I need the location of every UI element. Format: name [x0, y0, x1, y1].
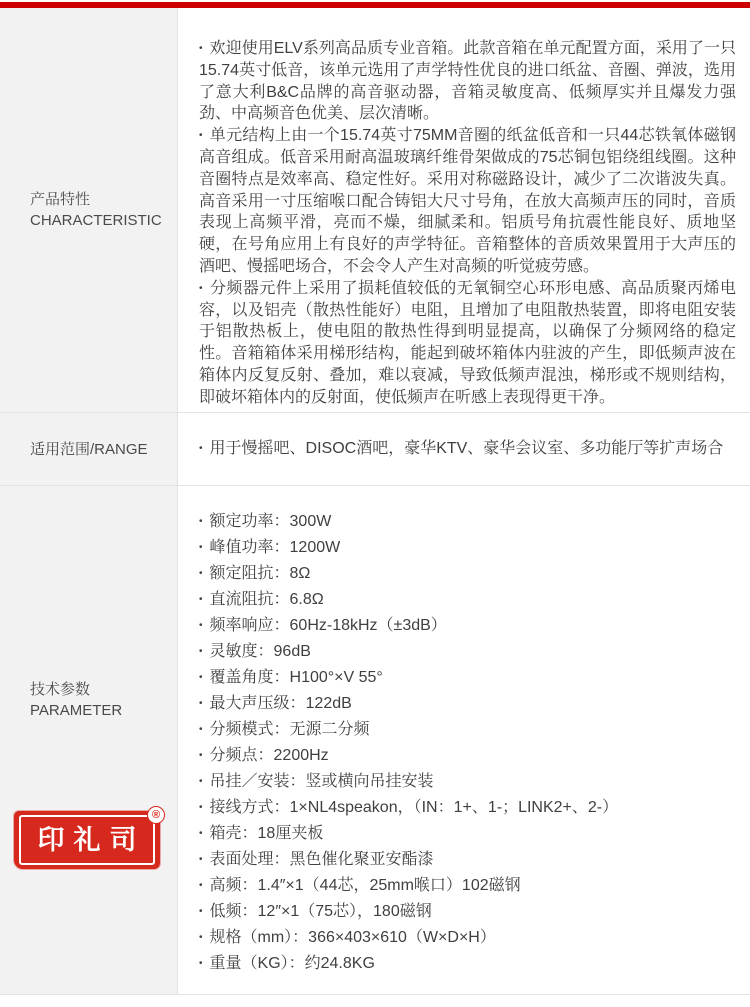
line-text: 表面处理：黑色催化聚亚安酯漆: [210, 851, 434, 868]
bullet-icon: •: [199, 925, 203, 951]
characteristic-label-cell: 产品特性 CHARACTERISTIC: [0, 8, 178, 412]
bullet-icon: •: [199, 278, 203, 300]
bullet-line: •低频：12″×1（75芯），180磁钢: [199, 899, 736, 925]
line-text: 规格（mm）：366×403×610（W×D×H）: [210, 929, 496, 946]
line-text: 分频点：2200Hz: [210, 747, 329, 764]
line-text: 直流阻抗：6.8Ω: [210, 591, 324, 608]
line-text: 分频器元件上采用了损耗值较低的无氧铜空心环形电感、高品质聚丙烯电容，以及铝壳（散…: [199, 280, 736, 406]
line-text: 接线方式：1×NL4speakon，（IN：1+、1-；LINK2+、2-）: [210, 799, 619, 816]
bullet-line: •频率响应：60Hz-18kHz（±3dB）: [199, 613, 736, 639]
bullet-icon: •: [199, 125, 203, 147]
line-text: 箱壳：18厘夹板: [210, 825, 324, 842]
bullet-icon: •: [199, 613, 203, 639]
range-text: 用于慢摇吧、DISOC酒吧，豪华KTV、豪华会议室、多功能厅等扩声场合: [210, 440, 724, 457]
bullet-line: •峰值功率：1200W: [199, 535, 736, 561]
bullet-line: •高频：1.4″×1（44芯，25mm喉口）102磁钢: [199, 873, 736, 899]
bullet-icon: •: [199, 438, 203, 460]
line-text: 吊挂／安装：竖或横向吊挂安装: [210, 773, 434, 790]
line-text: 频率响应：60Hz-18kHz（±3dB）: [210, 617, 447, 634]
bullet-icon: •: [199, 821, 203, 847]
parameter-label-en: PARAMETER: [30, 700, 177, 721]
bullet-line: •单元结构上由一个15.74英寸75MM音圈的纸盆低音和一只44芯铁氧体磁钢高音…: [199, 125, 736, 278]
characteristic-label-en: CHARACTERISTIC: [30, 210, 177, 231]
bullet-icon: •: [199, 795, 203, 821]
bullet-icon: •: [199, 691, 203, 717]
range-label: 适用范围/RANGE: [30, 439, 177, 460]
line-text: 额定阻抗：8Ω: [210, 565, 311, 582]
bullet-line: •重量（KG）：约24.8KG: [199, 951, 736, 977]
line-text: 最大声压级：122dB: [210, 695, 352, 712]
brand-stamp: 印礼司 ®: [14, 811, 160, 869]
row-parameter: 技术参数 PARAMETER 印礼司 ® •额定功率：300W •峰值功率：12…: [0, 486, 750, 995]
bullet-icon: •: [199, 639, 203, 665]
row-range: 适用范围/RANGE •用于慢摇吧、DISOC酒吧，豪华KTV、豪华会议室、多功…: [0, 413, 750, 486]
parameter-label: 技术参数 PARAMETER: [30, 679, 177, 721]
bullet-line: •表面处理：黑色催化聚亚安酯漆: [199, 847, 736, 873]
range-label-cell: 适用范围/RANGE: [0, 413, 178, 485]
bullet-icon: •: [199, 38, 203, 60]
characteristic-label-cn: 产品特性: [30, 189, 177, 210]
bullet-line: •分频器元件上采用了损耗值较低的无氧铜空心环形电感、高品质聚丙烯电容，以及铝壳（…: [199, 278, 736, 409]
bullet-icon: •: [199, 743, 203, 769]
bullet-line: •灵敏度：96dB: [199, 639, 736, 665]
line-text: 峰值功率：1200W: [210, 539, 341, 556]
bullet-line: •分频点：2200Hz: [199, 743, 736, 769]
range-line: •用于慢摇吧、DISOC酒吧，豪华KTV、豪华会议室、多功能厅等扩声场合: [199, 438, 723, 460]
characteristic-label: 产品特性 CHARACTERISTIC: [30, 189, 177, 231]
bullet-icon: •: [199, 899, 203, 925]
bullet-line: •额定功率：300W: [199, 509, 736, 535]
line-text: 重量（KG）：约24.8KG: [210, 955, 375, 972]
line-text: 高频：1.4″×1（44芯，25mm喉口）102磁钢: [210, 877, 521, 894]
line-text: 分频模式：无源二分频: [210, 721, 370, 738]
bullet-line: •规格（mm）：366×403×610（W×D×H）: [199, 925, 736, 951]
characteristic-body: •欢迎使用ELV系列高品质专业音箱。此款音箱在单元配置方面，采用了一只15.74…: [178, 8, 750, 412]
bullet-icon: •: [199, 587, 203, 613]
line-text: 灵敏度：96dB: [210, 643, 311, 660]
bullet-icon: •: [199, 717, 203, 743]
bullet-icon: •: [199, 561, 203, 587]
bullet-line: •最大声压级：122dB: [199, 691, 736, 717]
bullet-icon: •: [199, 769, 203, 795]
bullet-icon: •: [199, 665, 203, 691]
parameter-label-cell: 技术参数 PARAMETER 印礼司 ®: [0, 486, 178, 994]
registered-mark-icon: ®: [147, 806, 165, 824]
brand-stamp-text: 印礼司: [29, 830, 146, 851]
row-characteristic: 产品特性 CHARACTERISTIC •欢迎使用ELV系列高品质专业音箱。此款…: [0, 8, 750, 413]
bullet-line: •箱壳：18厘夹板: [199, 821, 736, 847]
spec-table: 产品特性 CHARACTERISTIC •欢迎使用ELV系列高品质专业音箱。此款…: [0, 8, 750, 995]
bullet-line: •直流阻抗：6.8Ω: [199, 587, 736, 613]
bullet-line: •接线方式：1×NL4speakon，（IN：1+、1-；LINK2+、2-）: [199, 795, 736, 821]
line-text: 覆盖角度：H100°×V 55°: [210, 669, 383, 686]
brand-stamp-frame: 印礼司: [19, 815, 155, 865]
bullet-icon: •: [199, 873, 203, 899]
range-body: •用于慢摇吧、DISOC酒吧，豪华KTV、豪华会议室、多功能厅等扩声场合: [178, 413, 750, 485]
bullet-line: •分频模式：无源二分频: [199, 717, 736, 743]
bullet-line: •额定阻抗：8Ω: [199, 561, 736, 587]
bullet-icon: •: [199, 535, 203, 561]
bullet-icon: •: [199, 509, 203, 535]
bullet-icon: •: [199, 847, 203, 873]
bullet-line: •覆盖角度：H100°×V 55°: [199, 665, 736, 691]
bullet-line: •吊挂／安装：竖或横向吊挂安装: [199, 769, 736, 795]
line-text: 额定功率：300W: [210, 513, 332, 530]
product-spec-page: 产品特性 CHARACTERISTIC •欢迎使用ELV系列高品质专业音箱。此款…: [0, 0, 750, 995]
parameter-label-cn: 技术参数: [30, 679, 177, 700]
parameter-body: •额定功率：300W •峰值功率：1200W •额定阻抗：8Ω •直流阻抗：6.…: [178, 486, 750, 994]
line-text: 欢迎使用ELV系列高品质专业音箱。此款音箱在单元配置方面，采用了一只15.74英…: [199, 40, 736, 122]
bullet-line: •欢迎使用ELV系列高品质专业音箱。此款音箱在单元配置方面，采用了一只15.74…: [199, 38, 736, 125]
bullet-icon: •: [199, 951, 203, 977]
line-text: 低频：12″×1（75芯），180磁钢: [210, 903, 432, 920]
line-text: 单元结构上由一个15.74英寸75MM音圈的纸盆低音和一只44芯铁氧体磁钢高音组…: [199, 127, 736, 275]
